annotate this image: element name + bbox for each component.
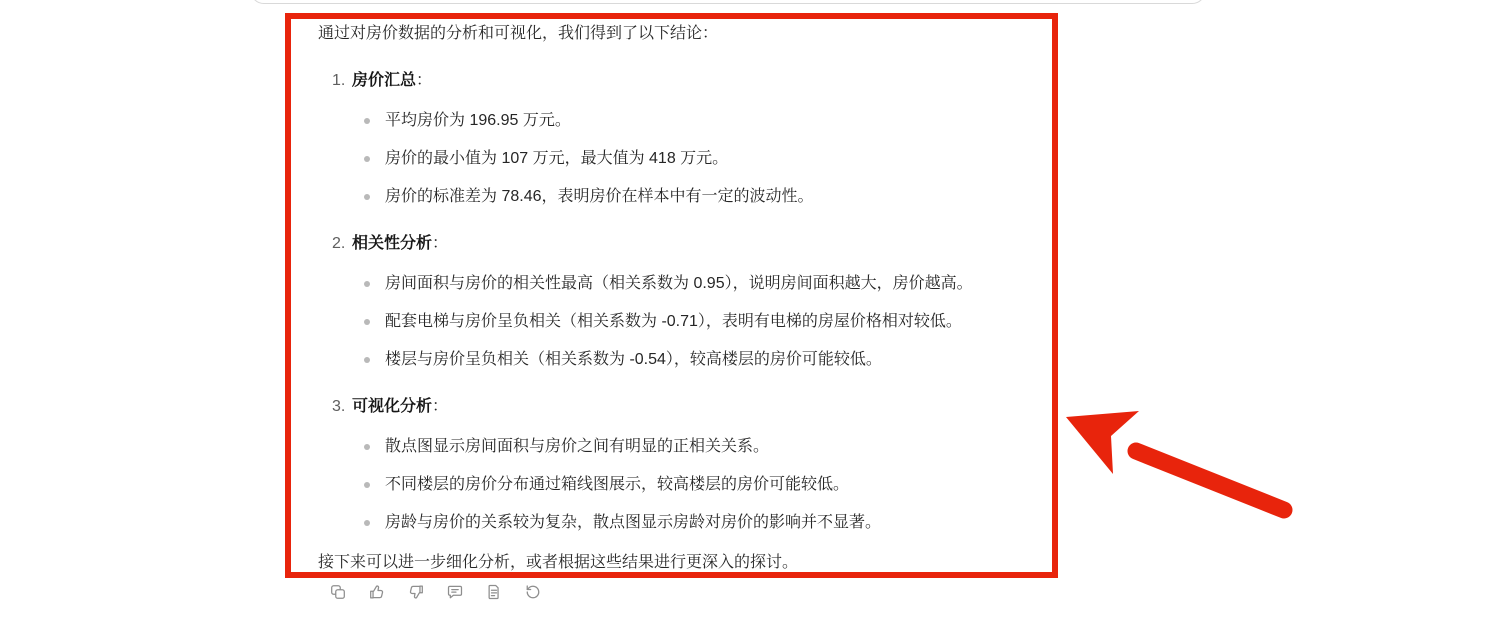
bullet-text: 楼层与房价呈负相关（相关系数为 -0.54），较高楼层的房价可能较低。 <box>385 351 882 368</box>
conclusion-section: 3.可视化分析： 散点图显示房间面积与房价之间有明显的正相关关系。 不同楼层的房… <box>332 395 1044 535</box>
message-outro: 接下来可以进一步细化分析，或者根据这些结果进行更深入的探讨。 <box>318 551 1044 575</box>
section-title: 相关性分析 <box>352 235 432 252</box>
bullet-text: 房价的最小值为 107 万元，最大值为 418 万元。 <box>385 150 728 167</box>
comment-button[interactable] <box>445 582 464 601</box>
bullet-item: 房间面积与房价的相关性最高（相关系数为 0.95），说明房间面积越大，房价越高。 <box>385 272 1044 296</box>
annotation-arrow <box>1056 406 1296 521</box>
section-heading: 3.可视化分析： <box>332 395 1044 419</box>
section-title-suffix: ： <box>432 235 448 252</box>
bullet-item: 散点图显示房间面积与房价之间有明显的正相关关系。 <box>385 435 1044 459</box>
bullet-item: 配套电梯与房价呈负相关（相关系数为 -0.71），表明有电梯的房屋价格相对较低。 <box>385 310 1044 334</box>
bullet-text: 房价的标准差为 78.46，表明房价在样本中有一定的波动性。 <box>385 188 814 205</box>
comment-icon <box>446 583 464 601</box>
thumbs-up-icon <box>368 583 386 601</box>
section-number: 1. <box>332 69 344 93</box>
section-heading: 1.房价汇总： <box>332 69 1044 93</box>
bullet-text: 平均房价为 196.95 万元。 <box>385 112 571 129</box>
section-number: 3. <box>332 395 344 419</box>
section-title: 可视化分析 <box>352 398 432 415</box>
section-bullets: 房间面积与房价的相关性最高（相关系数为 0.95），说明房间面积越大，房价越高。… <box>332 272 1044 372</box>
section-bullets: 散点图显示房间面积与房价之间有明显的正相关关系。 不同楼层的房价分布通过箱线图展… <box>332 435 1044 535</box>
bullet-text: 房龄与房价的关系较为复杂，散点图显示房龄对房价的影响并不显著。 <box>385 514 881 531</box>
section-title: 房价汇总 <box>352 72 416 89</box>
bullet-item: 房价的标准差为 78.46，表明房价在样本中有一定的波动性。 <box>385 185 1044 209</box>
assistant-message: 通过对房价数据的分析和可视化，我们得到了以下结论： 1.房价汇总： 平均房价为 … <box>318 14 1044 575</box>
conclusion-section: 1.房价汇总： 平均房价为 196.95 万元。 房价的最小值为 107 万元，… <box>332 69 1044 209</box>
document-icon <box>485 583 503 601</box>
bullet-text: 散点图显示房间面积与房价之间有明显的正相关关系。 <box>385 438 769 455</box>
bullet-text: 不同楼层的房价分布通过箱线图展示，较高楼层的房价可能较低。 <box>385 476 849 493</box>
thumbs-down-icon <box>407 583 425 601</box>
section-bullets: 平均房价为 196.95 万元。 房价的最小值为 107 万元，最大值为 418… <box>332 109 1044 209</box>
conclusion-list: 1.房价汇总： 平均房价为 196.95 万元。 房价的最小值为 107 万元，… <box>318 69 1044 535</box>
copy-button[interactable] <box>328 582 347 601</box>
thumbs-up-button[interactable] <box>367 582 386 601</box>
section-number: 2. <box>332 232 344 256</box>
section-heading: 2.相关性分析： <box>332 232 1044 256</box>
message-toolbar <box>328 582 542 601</box>
document-button[interactable] <box>484 582 503 601</box>
bullet-item: 楼层与房价呈负相关（相关系数为 -0.54），较高楼层的房价可能较低。 <box>385 348 1044 372</box>
bullet-item: 不同楼层的房价分布通过箱线图展示，较高楼层的房价可能较低。 <box>385 473 1044 497</box>
regenerate-icon <box>524 583 542 601</box>
bullet-text: 配套电梯与房价呈负相关（相关系数为 -0.71），表明有电梯的房屋价格相对较低。 <box>385 313 962 330</box>
thumbs-down-button[interactable] <box>406 582 425 601</box>
message-intro: 通过对房价数据的分析和可视化，我们得到了以下结论： <box>318 22 1044 46</box>
previous-message-bottom-edge <box>250 0 1206 4</box>
bullet-item: 房价的最小值为 107 万元，最大值为 418 万元。 <box>385 147 1044 171</box>
section-title-suffix: ： <box>416 72 432 89</box>
bullet-item: 平均房价为 196.95 万元。 <box>385 109 1044 133</box>
section-title-suffix: ： <box>432 398 448 415</box>
bullet-text: 房间面积与房价的相关性最高（相关系数为 0.95），说明房间面积越大，房价越高。 <box>385 275 973 292</box>
bullet-item: 房龄与房价的关系较为复杂，散点图显示房龄对房价的影响并不显著。 <box>385 511 1044 535</box>
copy-icon <box>329 583 347 601</box>
conclusion-section: 2.相关性分析： 房间面积与房价的相关性最高（相关系数为 0.95），说明房间面… <box>332 232 1044 372</box>
regenerate-button[interactable] <box>523 582 542 601</box>
